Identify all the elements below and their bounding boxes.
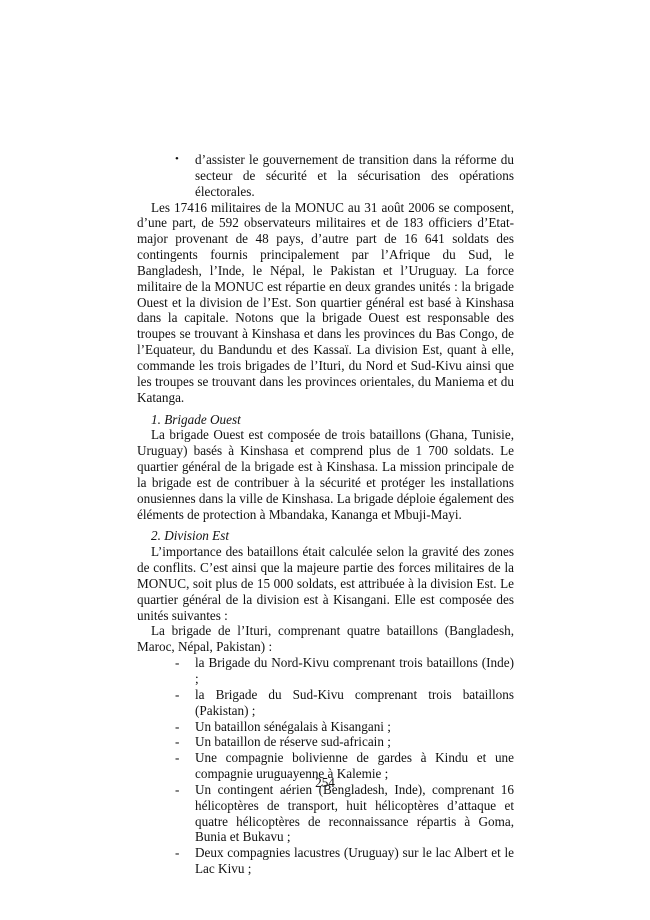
paragraph-brigade-ouest: La brigade Ouest est composée de trois b… bbox=[137, 427, 514, 522]
section-heading-brigade-ouest: 1. Brigade Ouest bbox=[137, 412, 514, 428]
bullet-icon: • bbox=[175, 152, 179, 168]
list-item: - Un bataillon de réserve sud-africain ; bbox=[137, 734, 514, 750]
dash-icon: - bbox=[175, 655, 179, 671]
section-heading-division-est: 2. Division Est bbox=[137, 528, 514, 544]
paragraph-brigade-ituri: La brigade de l’Ituri, comprenant quatre… bbox=[137, 623, 514, 655]
list-item: - Un bataillon sénégalais à Kisangani ; bbox=[137, 719, 514, 735]
bullet-list-item: • d’assister le gouvernement de transiti… bbox=[137, 152, 514, 200]
dash-icon: - bbox=[175, 750, 179, 766]
list-item: - Deux compagnies lacustres (Uruguay) su… bbox=[137, 845, 514, 877]
list-item: - la Brigade du Nord-Kivu comprenant tro… bbox=[137, 655, 514, 687]
dash-icon: - bbox=[175, 687, 179, 703]
list-item-text: Un bataillon de réserve sud-africain ; bbox=[195, 734, 391, 749]
list-item: - la Brigade du Sud-Kivu comprenant troi… bbox=[137, 687, 514, 719]
page-number: 254 bbox=[0, 775, 650, 791]
paragraph-division-est: L’importance des bataillons était calcul… bbox=[137, 544, 514, 623]
list-item-text: la Brigade du Sud-Kivu comprenant trois … bbox=[195, 687, 514, 718]
dash-icon: - bbox=[175, 734, 179, 750]
list-item: - Un contingent aérien (Bengladesh, Inde… bbox=[137, 782, 514, 845]
bullet-item-text: d’assister le gouvernement de transition… bbox=[195, 152, 514, 199]
dash-icon: - bbox=[175, 719, 179, 735]
list-item-text: la Brigade du Nord-Kivu comprenant trois… bbox=[195, 655, 514, 686]
list-item-text: Deux compagnies lacustres (Uruguay) sur … bbox=[195, 845, 514, 876]
list-item-text: Un contingent aérien (Bengladesh, Inde),… bbox=[195, 782, 514, 845]
list-item-text: Un bataillon sénégalais à Kisangani ; bbox=[195, 719, 391, 734]
page-body: • d’assister le gouvernement de transiti… bbox=[137, 152, 514, 877]
dash-icon: - bbox=[175, 845, 179, 861]
unit-list: - la Brigade du Nord-Kivu comprenant tro… bbox=[137, 655, 514, 877]
paragraph-monuc-composition: Les 17416 militaires de la MONUC au 31 a… bbox=[137, 200, 514, 406]
